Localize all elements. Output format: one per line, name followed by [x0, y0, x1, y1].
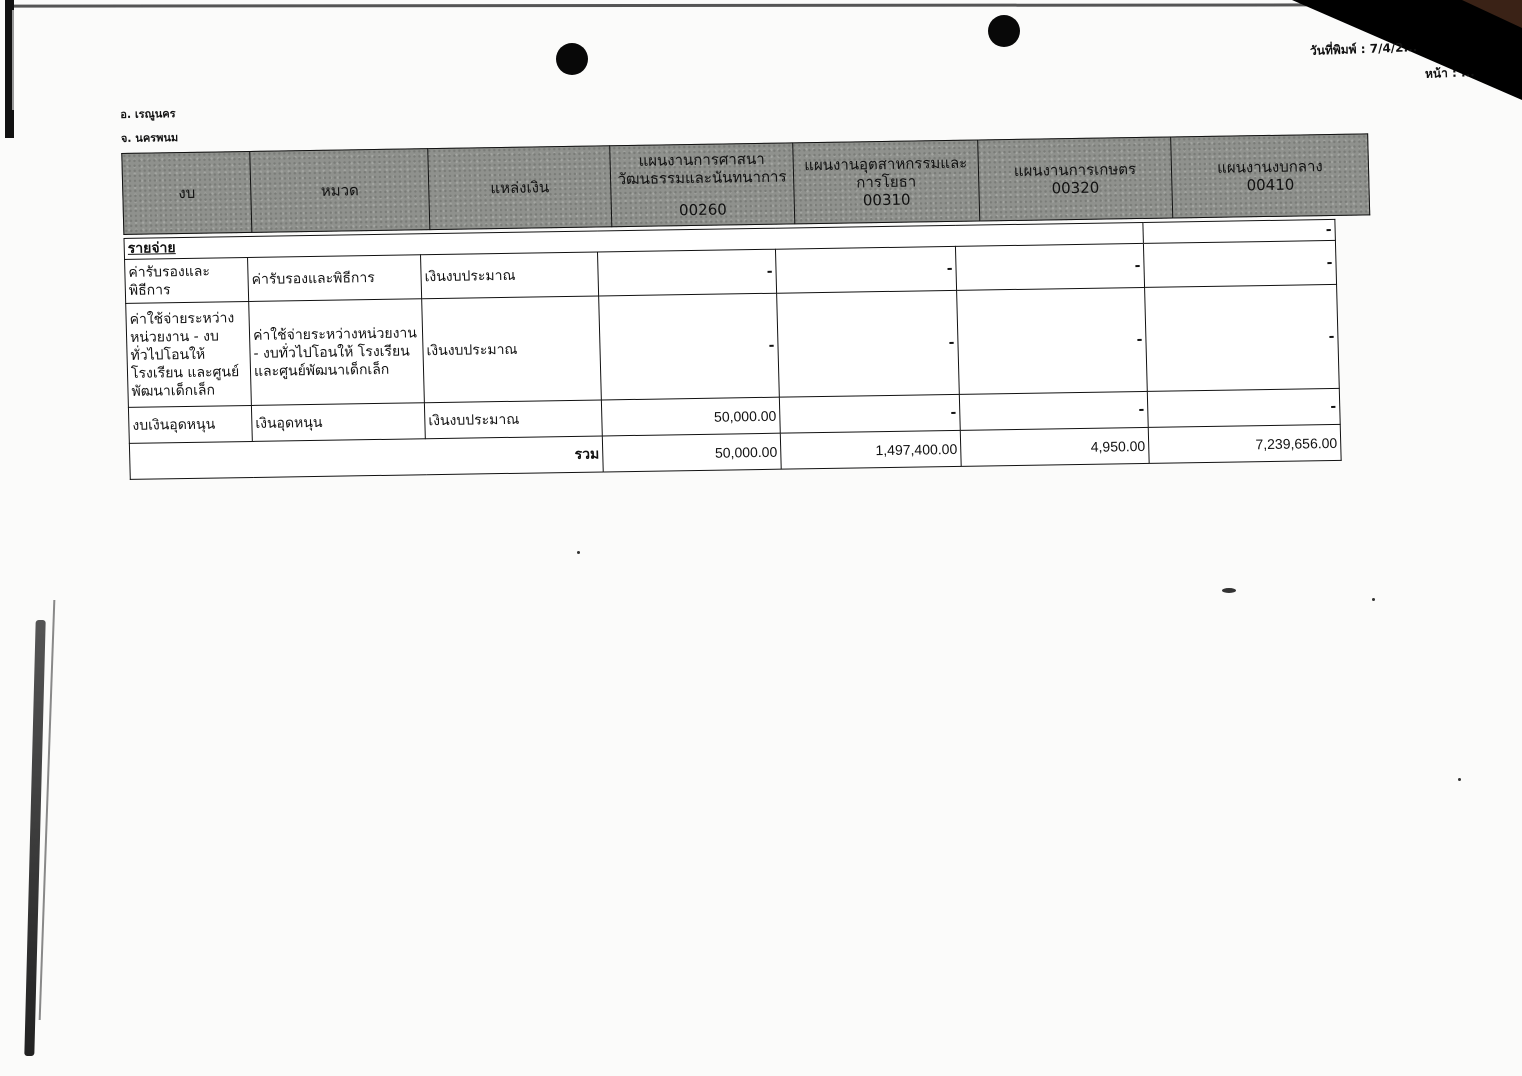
column-header-source: แหล่งเงิน — [428, 146, 612, 230]
cell-category: เงินอุดหนุน — [251, 403, 425, 442]
total-value: 4,950.00 — [960, 427, 1149, 466]
column-header-category: หมวด — [250, 149, 430, 233]
punch-hole-left — [556, 43, 588, 75]
scan-edge-line — [12, 10, 14, 110]
total-value: 50,000.00 — [602, 433, 781, 472]
cell-value: - — [779, 394, 960, 433]
cell-value: 50,000.00 — [601, 397, 780, 436]
cell-value: - — [1143, 240, 1336, 287]
column-header-plan-00410: แผนงานงบกลาง00410 — [1171, 134, 1370, 218]
cell-value: - — [1145, 284, 1340, 391]
speck — [1372, 598, 1375, 601]
table-row: ค่าใช้จ่ายระหว่างหน่วยงาน - งบทั่วไปโอนใ… — [126, 284, 1340, 407]
column-header-plan-00310: แผนงานอุตสาหกรรมและการโยธา00310 — [793, 140, 980, 224]
cell-value: - — [959, 391, 1148, 430]
page-number: หน้า : ... — [1425, 63, 1475, 84]
total-value: 1,497,400.00 — [780, 430, 961, 469]
speck — [1222, 588, 1236, 593]
scan-edge-top — [8, 3, 1308, 7]
budget-table: รายจ่าย - ค่ารับรองและพิธีการ ค่ารับรองแ… — [123, 219, 1341, 480]
total-label: รวม — [129, 436, 603, 479]
cell-source: เงินงบประมาณ — [421, 252, 599, 299]
total-value: 7,239,656.00 — [1148, 424, 1341, 463]
speck — [1458, 778, 1461, 781]
cell-budget: งบเงินอุดหนุน — [128, 405, 252, 443]
print-date: วันที่พิมพ์ : 7/4/2... — [1310, 38, 1418, 61]
scanned-document-page: วันที่พิมพ์ : 7/4/2... หน้า : ... อ. เรณ… — [0, 0, 1522, 1076]
cell-source: เงินงบประมาณ — [422, 296, 602, 403]
speck — [577, 551, 580, 554]
cell-category: ค่ารับรองและพิธีการ — [248, 255, 422, 302]
cell-value: - — [775, 246, 956, 293]
cell-value: - — [955, 243, 1144, 290]
cell-value: - — [777, 290, 960, 397]
scan-edge-left-lower — [24, 620, 45, 1056]
punch-hole-right — [988, 15, 1020, 47]
cell-budget: ค่าใช้จ่ายระหว่างหน่วยงาน - งบทั่วไปโอนใ… — [126, 302, 252, 408]
section-value: - — [1143, 219, 1336, 243]
report-content: อ. เรณูนคร จ. นครพนม งบ หมวด แหล่งเงิน แ… — [120, 85, 1377, 479]
table-header: งบ หมวด แหล่งเงิน แผนงานการศาสนา วัฒนธรร… — [121, 133, 1370, 235]
cell-value: - — [599, 293, 780, 400]
cell-value: - — [957, 287, 1148, 394]
column-header-plan-00320: แผนงานการเกษตร00320 — [978, 137, 1173, 221]
cell-value: - — [597, 249, 776, 296]
cell-budget: ค่ารับรองและพิธีการ — [125, 258, 249, 304]
corner-background — [1462, 0, 1522, 28]
column-header-budget: งบ — [122, 151, 252, 234]
column-header-plan-00260: แผนงานการศาสนา วัฒนธรรมและนันทนาการ00260 — [610, 143, 795, 227]
cell-value: - — [1147, 388, 1340, 427]
cell-category: ค่าใช้จ่ายระหว่างหน่วยงาน - งบทั่วไปโอนใ… — [249, 299, 425, 406]
cell-source: เงินงบประมาณ — [424, 400, 602, 439]
